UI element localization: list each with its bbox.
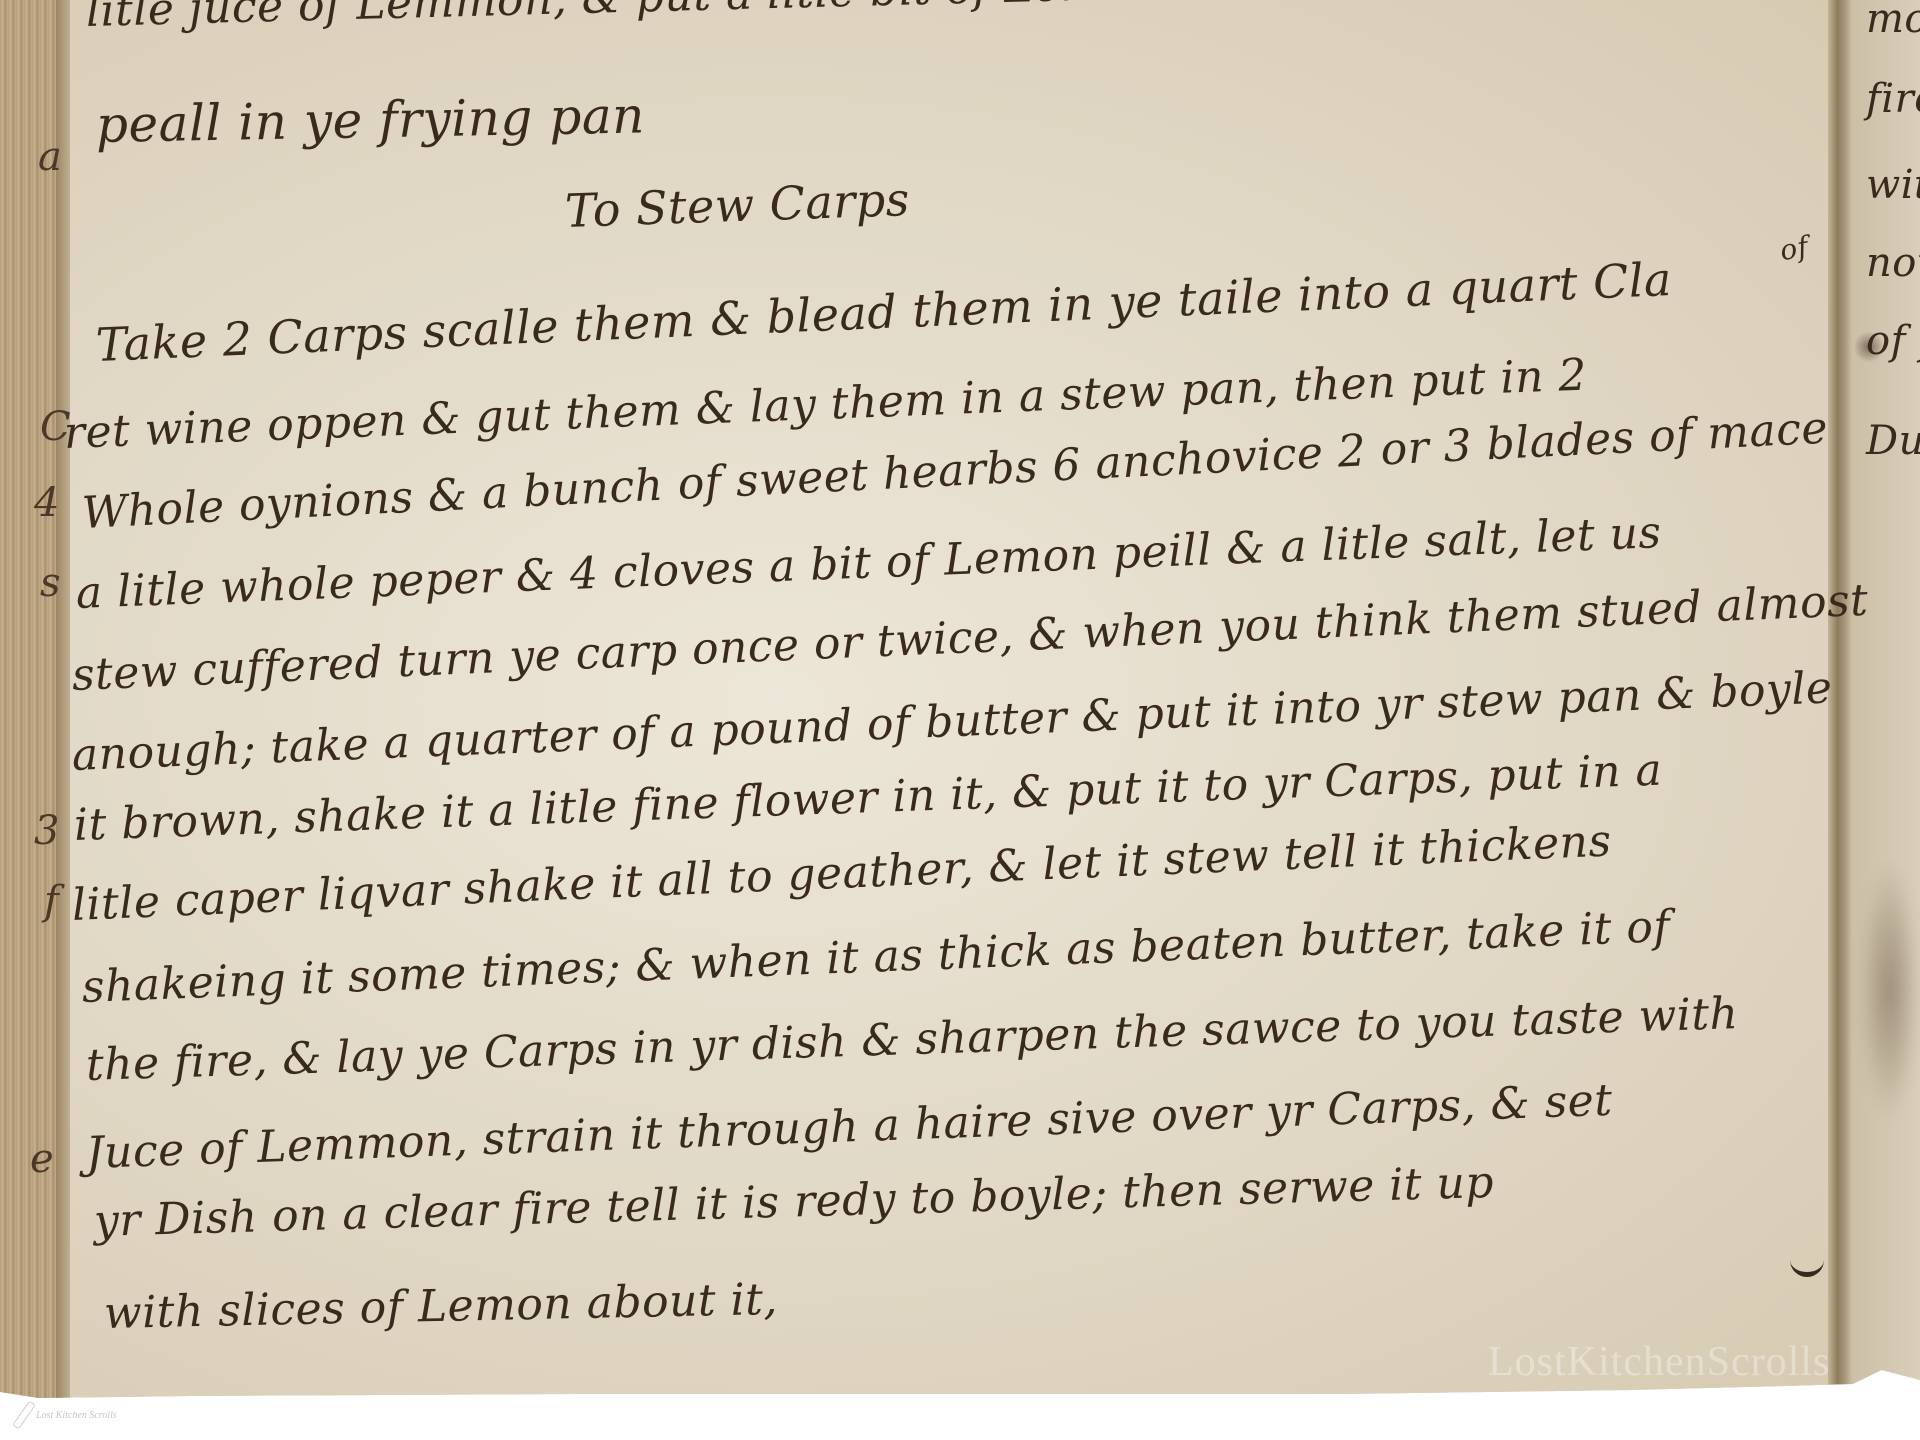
manuscript-scan: litle juce of Lemmon, & put a litle bit … xyxy=(0,0,1920,1400)
watermark: LostKitchenScrolls xyxy=(1488,1338,1830,1386)
spoon-icon xyxy=(12,1400,36,1429)
ink-smudge xyxy=(1860,860,1920,1120)
carryover-line-2: peall in ye frying pan xyxy=(95,86,645,154)
corner-watermark-text: Lost Kitchen Scrolls xyxy=(36,1410,117,1421)
interlinear-insert: of xyxy=(1777,230,1811,267)
adjacent-page-fragment: Dull xyxy=(1866,418,1920,464)
margin-fragment: 3 xyxy=(34,808,60,854)
margin-fragment: a xyxy=(38,134,62,180)
margin-fragment: C xyxy=(40,404,71,450)
adjacent-page-fragment: now xyxy=(1866,240,1920,286)
adjacent-page xyxy=(1852,0,1920,1400)
adjacent-page-fragment: fire xyxy=(1866,76,1920,122)
adjacent-page-fragment: mos xyxy=(1866,0,1920,42)
adjacent-page-fragment: of f xyxy=(1866,318,1920,364)
page-block-edges xyxy=(0,0,64,1400)
margin-fragment: s xyxy=(40,560,61,606)
corner-watermark: Lost Kitchen Scrolls xyxy=(20,1400,117,1430)
margin-fragment: e xyxy=(30,1136,54,1182)
margin-fragment: f xyxy=(44,878,59,924)
adjacent-page-fragment: with xyxy=(1866,162,1920,208)
margin-fragment: 4 xyxy=(34,480,60,526)
